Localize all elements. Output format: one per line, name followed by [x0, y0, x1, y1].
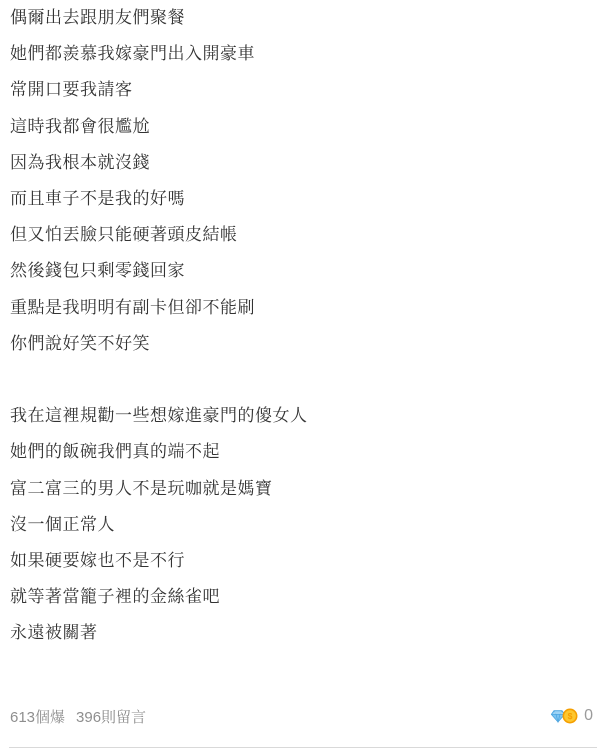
post-text-line: 而且車子不是我的好嗎 [10, 181, 593, 217]
coin-icon: $ [562, 708, 578, 724]
post-text-line: 偶爾出去跟朋友們聚餐 [10, 0, 593, 36]
reactions-count[interactable]: 613個爆 [10, 706, 65, 727]
svg-text:$: $ [568, 711, 573, 721]
post-text-line: 就等著當籠子裡的金絲雀吧 [10, 579, 593, 615]
comments-count[interactable]: 396則留言 [76, 706, 146, 727]
post-text-line: 她們的飯碗我們真的端不起 [10, 434, 593, 470]
post-text-line: 重點是我明明有副卡但卻不能刷 [10, 290, 593, 326]
reaction-summary-button[interactable]: $ 0 [550, 707, 593, 725]
bottom-divider [9, 747, 597, 748]
reaction-icons: $ [550, 708, 578, 724]
reaction-count-value: 0 [584, 707, 593, 725]
post-text-line: 我在這裡規勸一些想嫁進豪門的傻女人 [10, 398, 593, 434]
post-text-line: 永遠被關著 [10, 615, 593, 651]
post-text-line: 富二富三的男人不是玩咖就是媽寶 [10, 471, 593, 507]
footer-counts: 613個爆 396則留言 [10, 706, 146, 727]
post-body-text: 偶爾出去跟朋友們聚餐她們都羨慕我嫁豪門出入開豪車常開口要我請客這時我都會很尷尬因… [0, 0, 603, 652]
post-text-line: 但又怕丟臉只能硬著頭皮結帳 [10, 217, 593, 253]
post-text-line: 因為我根本就沒錢 [10, 145, 593, 181]
post-text-line: 如果硬要嫁也不是不行 [10, 543, 593, 579]
post-text-line: 然後錢包只剩零錢回家 [10, 253, 593, 289]
post-text-line: 沒一個正常人 [10, 507, 593, 543]
post-text-line [10, 362, 593, 398]
post-footer: 613個爆 396則留言 $ 0 [0, 704, 603, 728]
post-text-line: 常開口要我請客 [10, 72, 593, 108]
post-text-line: 你們說好笑不好笑 [10, 326, 593, 362]
post-text-line: 她們都羨慕我嫁豪門出入開豪車 [10, 36, 593, 72]
post-text-line: 這時我都會很尷尬 [10, 109, 593, 145]
post-page: 偶爾出去跟朋友們聚餐她們都羨慕我嫁豪門出入開豪車常開口要我請客這時我都會很尷尬因… [0, 0, 603, 754]
